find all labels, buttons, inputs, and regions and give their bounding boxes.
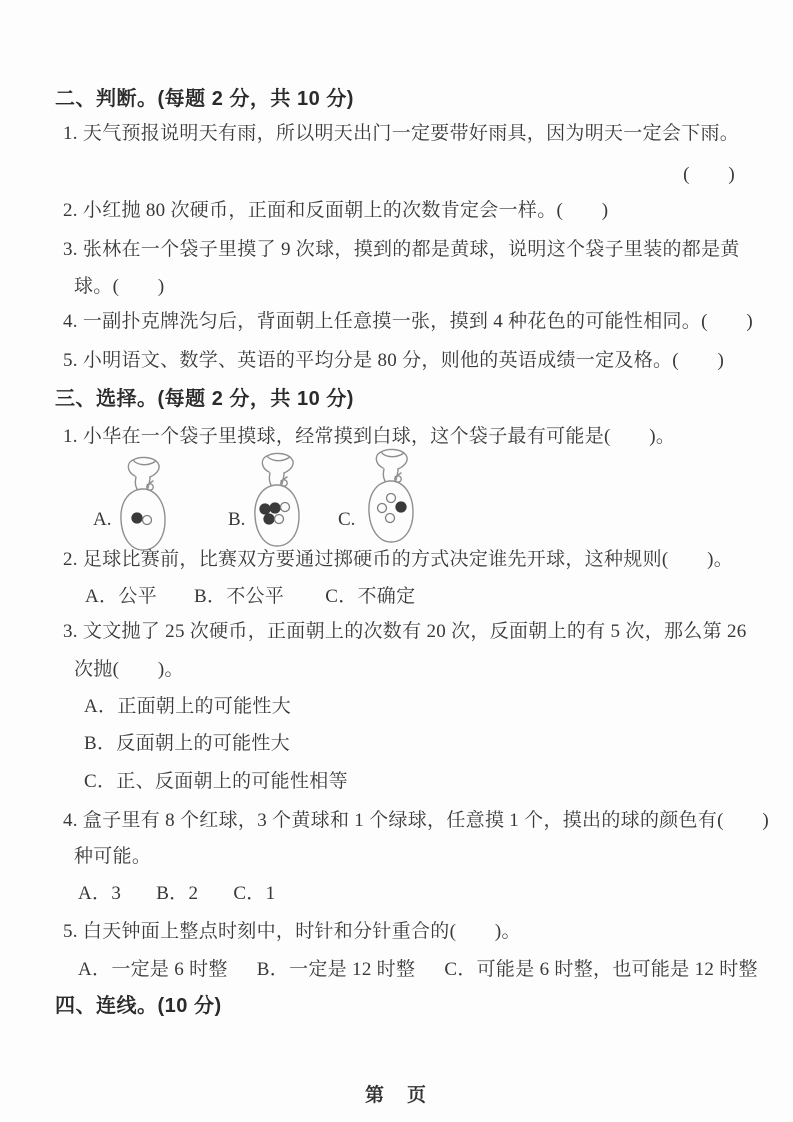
black-ball [132,513,142,523]
black-ball [396,502,406,512]
choice-q4-options: A．3 B．2 C．1 [78,881,275,907]
choice-q2-option-a: A．公平 [85,584,157,610]
bag-c-label: C. [338,507,355,533]
choice-q4-text-line2: 种可能。 [74,844,151,870]
section-judge-heading: 二、判断。(每题 2 分，共 10 分) [55,86,354,112]
test-paper-page: 二、判断。(每题 2 分，共 10 分) 1. 天气预报说明天有雨，所以明天出门… [0,0,793,1122]
section-choice-heading: 三、选择。(每题 2 分，共 10 分) [55,386,354,412]
white-ball [281,503,290,512]
judge-q2-text: 2. 小红抛 80 次硬币，正面和反面朝上的次数肯定会一样。( ) [63,198,608,224]
choice-q5-option-a: A．一定是 6 时整 [78,957,228,983]
bag-a-figure [114,456,172,556]
white-ball [387,494,396,503]
bag-c-figure [362,448,420,548]
choice-q3-text-line2: 次抛( )。 [74,657,184,683]
choice-q4-option-c: C．1 [233,881,275,907]
choice-q5-text: 5. 白天钟面上整点时刻中，时针和分针重合的( )。 [63,919,521,945]
white-ball [386,514,395,523]
white-ball [143,516,152,525]
choice-q2-options: A．公平 B．不公平 C．不确定 [85,584,415,610]
white-ball [275,515,284,524]
choice-q4-option-b: B．2 [156,881,198,907]
black-ball [270,503,280,513]
choice-q3-option-b: B．反面朝上的可能性大 [84,731,290,757]
judge-q3-text-line2: 球。( ) [74,274,164,300]
page-footer: 第 页 [0,1080,793,1107]
choice-q2-text: 2. 足球比赛前，比赛双方要通过掷硬币的方式决定谁先开球，这种规则( )。 [63,547,733,573]
choice-q3-text-line1: 3. 文文抛了 25 次硬币，正面朝上的次数有 20 次，反面朝上的有 5 次，… [63,619,747,645]
judge-q3-text-line1: 3. 张林在一个袋子里摸了 9 次球，摸到的都是黄球，说明这个袋子里装的都是黄 [63,237,740,263]
black-ball [260,504,270,514]
white-ball [378,504,387,513]
choice-q1-text: 1. 小华在一个袋子里摸球，经常摸到白球，这个袋子最有可能是( )。 [63,424,675,450]
choice-q2-option-c: C．不确定 [325,584,415,610]
choice-q3-option-a: A．正面朝上的可能性大 [84,694,291,720]
judge-q4-text: 4. 一副扑克牌洗匀后，背面朝上任意摸一张，摸到 4 种花色的可能性相同。( ) [63,309,753,335]
choice-q4-option-a: A．3 [78,881,121,907]
bag-b-label: B. [228,507,245,533]
choice-q2-option-b: B．不公平 [194,584,284,610]
section-match-heading: 四、连线。(10 分) [55,993,222,1019]
judge-q5-text: 5. 小明语文、数学、英语的平均分是 80 分，则他的英语成绩一定及格。( ) [63,348,724,374]
black-ball [264,514,274,524]
choice-q3-option-c: C．正、反面朝上的可能性相等 [84,769,348,795]
choice-q5-options: A．一定是 6 时整 B．一定是 12 时整 C．可能是 6 时整，也可能是 1… [78,957,758,983]
choice-q5-option-c: C．可能是 6 时整，也可能是 12 时整 [444,957,757,983]
judge-q1-answer-blank: ( ) [683,162,735,188]
bag-b-figure [248,452,306,552]
choice-q5-option-b: B．一定是 12 时整 [257,957,415,983]
judge-q1-text: 1. 天气预报说明天有雨，所以明天出门一定要带好雨具，因为明天一定会下雨。 [63,121,739,147]
choice-q4-text-line1: 4. 盒子里有 8 个红球，3 个黄球和 1 个绿球，任意摸 1 个，摸出的球的… [63,808,769,834]
bag-a-label: A. [93,507,111,533]
